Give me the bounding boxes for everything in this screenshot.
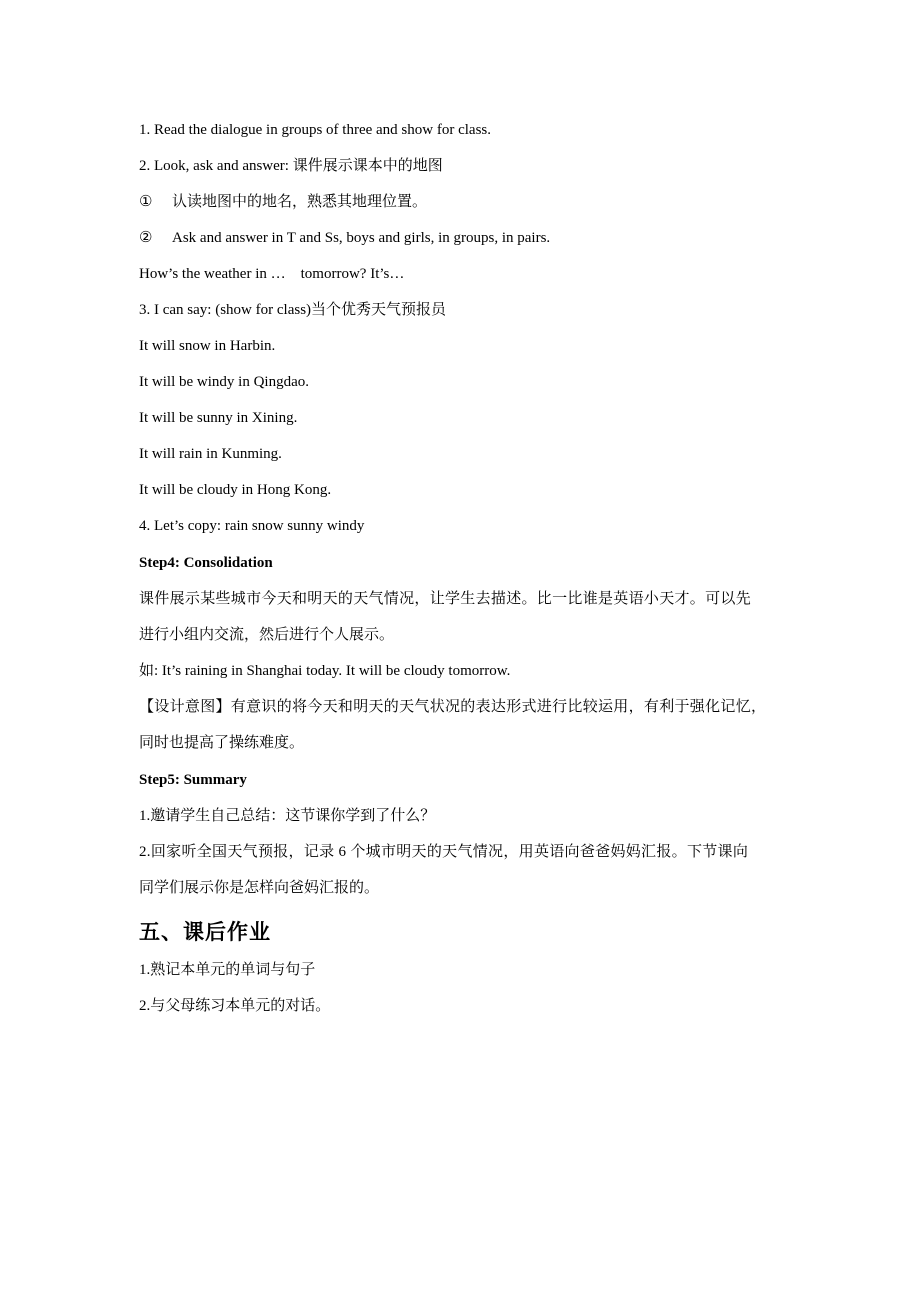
step4-para-line-2: 进行小组内交流，然后进行个人展示。 [139,625,394,645]
activity-subitem-1: ①认读地图中的地名，熟悉其地理位置。 [139,192,427,212]
step5-item-2-line-1: 2.回家听全国天气预报，记录 6 个城市明天的天气情况，用英语向爸爸妈妈汇报。下… [139,842,748,862]
sentence-harbin: It will snow in Harbin. [139,336,275,356]
sentence-hongkong: It will be cloudy in Hong Kong. [139,480,331,500]
step5-title: Step5: Summary [139,770,247,790]
activity-line-3: 3. I can say: (show for class)当个优秀天气预报员 [139,300,446,320]
activity-line-2: 2. Look, ask and answer: 课件展示课本中的地图 [139,156,443,176]
activity-line-1: 1. Read the dialogue in groups of three … [139,120,491,140]
circled-number-2: ② [139,228,172,248]
homework-item-1: 1.熟记本单元的单词与句子 [139,960,315,980]
subitem-text: Ask and answer in T and Ss, boys and gir… [172,230,550,246]
activity-subitem-2: ②Ask and answer in T and Ss, boys and gi… [139,228,550,248]
sentence-kunming: It will rain in Kunming. [139,444,282,464]
step5-item-2-line-2: 同学们展示你是怎样向爸妈汇报的。 [139,878,379,898]
step4-para-line-1: 课件展示某些城市今天和明天的天气情况，让学生去描述。比一比谁是英语小天才。可以先 [139,589,751,609]
homework-item-2: 2.与父母练习本单元的对话。 [139,996,330,1016]
sentence-qingdao: It will be windy in Qingdao. [139,372,309,392]
homework-heading: 五、课后作业 [139,918,271,946]
circled-number-1: ① [139,192,172,212]
activity-line-4: 4. Let’s copy: rain snow sunny windy [139,516,364,536]
design-intent-line-2: 同时也提高了操练难度。 [139,733,304,753]
sentence-xining: It will be sunny in Xining. [139,408,297,428]
subitem-text: 认读地图中的地名，熟悉其地理位置。 [172,194,427,210]
step5-item-1: 1.邀请学生自己总结：这节课你学到了什么？ [139,806,435,826]
step4-example: 如: It’s raining in Shanghai today. It wi… [139,661,510,681]
document-page: 1. Read the dialogue in groups of three … [0,0,920,1302]
question-pattern: How’s the weather in … tomorrow? It’s… [139,264,404,284]
design-intent-line-1: 【设计意图】有意识的将今天和明天的天气状况的表达形式进行比较运用，有利于强化记忆… [139,697,766,717]
step4-title: Step4: Consolidation [139,553,273,573]
